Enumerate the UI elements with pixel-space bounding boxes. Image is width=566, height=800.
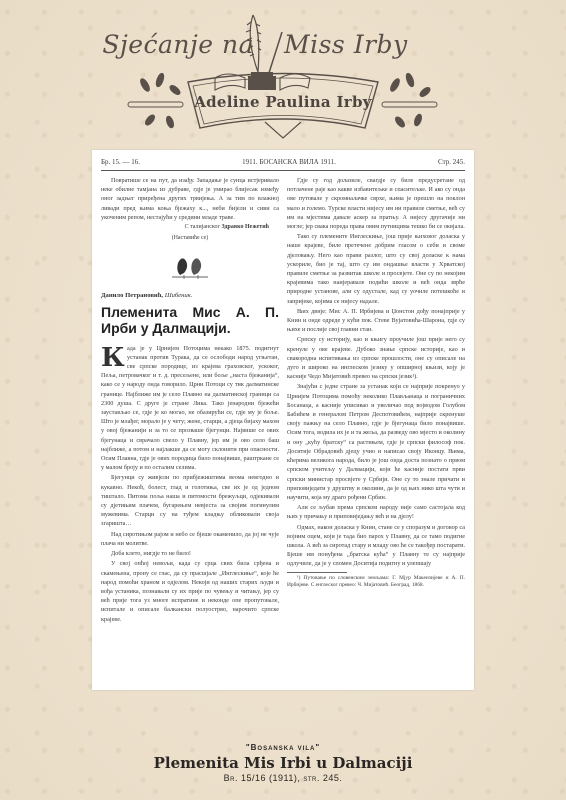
body-paragraph: Одмах, након доласка у Книн, стане се у … <box>287 523 465 569</box>
body-paragraph: Гдје су год долазиле, свагдје су биле пр… <box>287 176 465 231</box>
continue-note: (Наставиће се) <box>101 234 279 243</box>
body-paragraph: Њих двије: Мис А. П. Ирбијева и Џонстон … <box>287 307 465 335</box>
body-paragraph: Бјегунци су живјели по прибјежиштима вео… <box>101 473 279 528</box>
caption-reference: Br. 15/16 (1911), str. 245. <box>0 773 566 783</box>
body-paragraph: У свој опћој невољи, када су срца свих б… <box>101 559 279 623</box>
footnote-divider <box>287 572 347 573</box>
body-paragraph: Тако су племените Инглескиње, још прије … <box>287 232 465 306</box>
body-paragraph: Српску су историју, као и књигу проучиле… <box>287 335 465 381</box>
header-emblem: Sjećanje na Miss Irby Adeline Paulina Ir… <box>0 0 566 145</box>
body-paragraph: Над сиротињом рајом и небо се бјеше окам… <box>101 530 279 548</box>
birds-vignette-icon <box>170 251 210 281</box>
article-body-left: К ада је у Црнијем Потоцима некако 1875.… <box>101 344 279 624</box>
memorial-title-left: Sjećanje na <box>102 30 254 59</box>
continued-paragraph: Повратише се на пут, да изађу. Западање … <box>101 176 279 222</box>
scanned-page: Бр. 15. — 16. 1911. БОСАНСКА ВИЛА 1911. … <box>92 150 474 690</box>
footnote: ¹) Путовање по словенским земљама: Г. Мј… <box>287 575 465 590</box>
translator-signature: С талијанског Здравко Нежетић <box>101 223 279 232</box>
issue-number: Бр. 15. — 16. <box>101 158 140 170</box>
dropcap-letter: К <box>101 345 123 371</box>
body-paragraph: Доба клето, нигдје то не било! <box>101 549 279 558</box>
memorial-title-right: Miss Irby <box>284 30 408 59</box>
page-number: Стр. 245. <box>438 158 465 170</box>
article-title: Племенита Мис А. П. Ирби у Далмацији. <box>101 304 279 336</box>
caption-source: "Bosanska vila" <box>0 743 566 752</box>
body-paragraph: ада је у Црнијем Потоцима некако 1875. п… <box>101 344 279 473</box>
journal-name: 1911. БОСАНСКА ВИЛА 1911. <box>242 158 336 170</box>
banner-name: Adeline Paulina Irby <box>0 93 566 111</box>
right-column: Гдје су год долазиле, свагдје су биле пр… <box>287 176 465 591</box>
translator-name: Здравко Нежетић <box>221 224 269 230</box>
caption: "Bosanska vila" Plemenita Mis Irbi u Dal… <box>0 743 566 783</box>
body-paragraph: Али се љубав према српском народу није с… <box>287 503 465 521</box>
left-column: Повратише се на пут, да изађу. Западање … <box>101 176 279 625</box>
caption-title: Plemenita Mis Irbi u Dalmaciji <box>0 754 566 772</box>
body-paragraph: Знајући с једне стране за устанак који с… <box>287 382 465 502</box>
article-author: Данило Петрановић, Шибеник. <box>101 291 279 300</box>
running-head: Бр. 15. — 16. 1911. БОСАНСКА ВИЛА 1911. … <box>101 158 465 171</box>
